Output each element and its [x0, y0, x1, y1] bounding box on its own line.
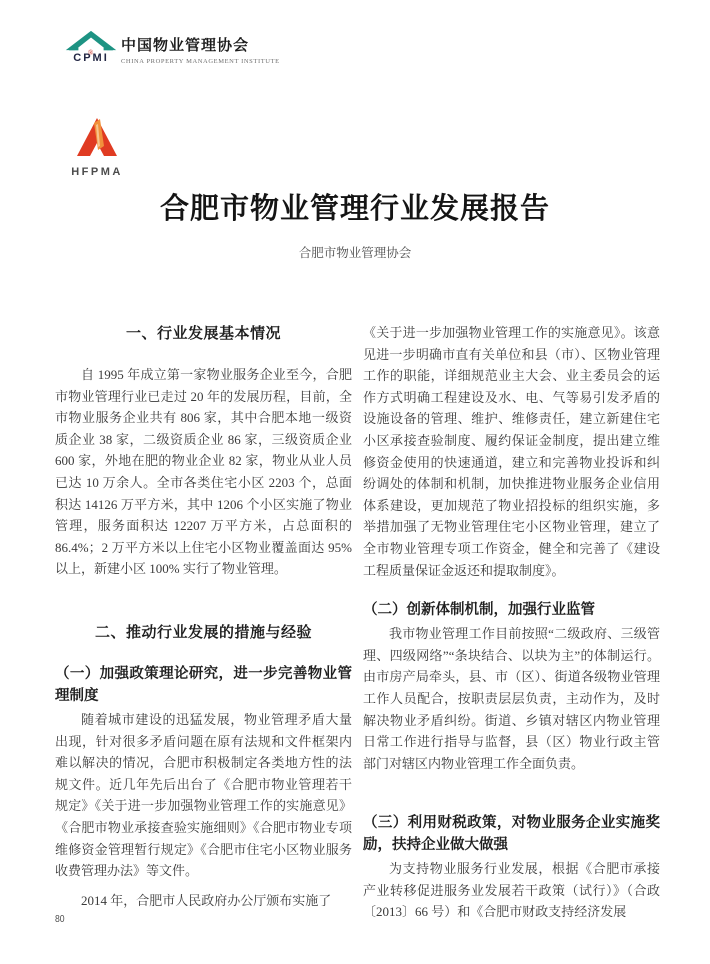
hfpma-logo: HFPMA	[62, 116, 132, 178]
report-subtitle: 合肥市物业管理协会	[0, 243, 710, 261]
paragraph-industry-overview: 自 1995 年成立第一家物业服务企业至今，合肥市物业管理行业已走过 20 年的…	[55, 364, 352, 580]
page-number: 80	[55, 913, 65, 925]
cpmi-name-cn: 中国物业管理协会	[121, 34, 280, 55]
paragraph-fiscal-support: 为支持物业服务行业发展，根据《合肥市承接产业转移促进服务业发展若干政策（试行）》…	[363, 858, 660, 923]
cpmi-logo: ® CPMI	[62, 30, 120, 64]
subheading-system-innovation: （二）创新体制机制，加强行业监管	[363, 599, 660, 621]
paragraph-management-system: 我市物业管理工作目前按照“二级政府、三级管理、四级网络”“条块结合、以块为主”的…	[363, 623, 660, 774]
paragraph-policy-documents: 随着城市建设的迅猛发展，物业管理矛盾大量出现，针对很多矛盾问题在原有法规和文件框…	[55, 709, 352, 882]
cpmi-roof-icon	[64, 30, 118, 51]
cpmi-name-block: 中国物业管理协会 CHINA PROPERTY MANAGEMENT INSTI…	[121, 34, 280, 65]
left-column: 一、行业发展基本情况 自 1995 年成立第一家物业服务企业至今，合肥市物业管理…	[55, 322, 352, 923]
paragraph-implementation-opinion: 《关于进一步加强物业管理工作的实施意见》。该意见进一步明确市直有关单位和县（市）…	[363, 322, 660, 581]
section-heading-measures-experience: 二、推动行业发展的措施与经验	[55, 621, 352, 642]
hfpma-abbr-label: HFPMA	[62, 166, 132, 178]
subheading-policy-research: （一）加强政策理论研究，进一步完善物业管理制度	[55, 663, 352, 707]
document-page: ® CPMI 中国物业管理协会 CHINA PROPERTY MANAGEMEN…	[0, 0, 710, 964]
hfpma-flame-icon	[75, 116, 119, 158]
registered-mark-icon: ®	[88, 50, 93, 57]
cpmi-name-en: CHINA PROPERTY MANAGEMENT INSTITUTE	[121, 58, 280, 65]
paragraph-2014-implementation: 2014 年，合肥市人民政府办公厅颁布实施了	[55, 890, 352, 912]
section-heading-industry-basics: 一、行业发展基本情况	[55, 322, 352, 343]
subheading-fiscal-policy: （三）利用财税政策，对物业服务企业实施奖励，扶持企业做大做强	[363, 812, 660, 856]
body-columns: 一、行业发展基本情况 自 1995 年成立第一家物业服务企业至今，合肥市物业管理…	[55, 322, 660, 923]
report-title: 合肥市物业管理行业发展报告	[0, 186, 710, 227]
right-column: 《关于进一步加强物业管理工作的实施意见》。该意见进一步明确市直有关单位和县（市）…	[363, 322, 660, 923]
